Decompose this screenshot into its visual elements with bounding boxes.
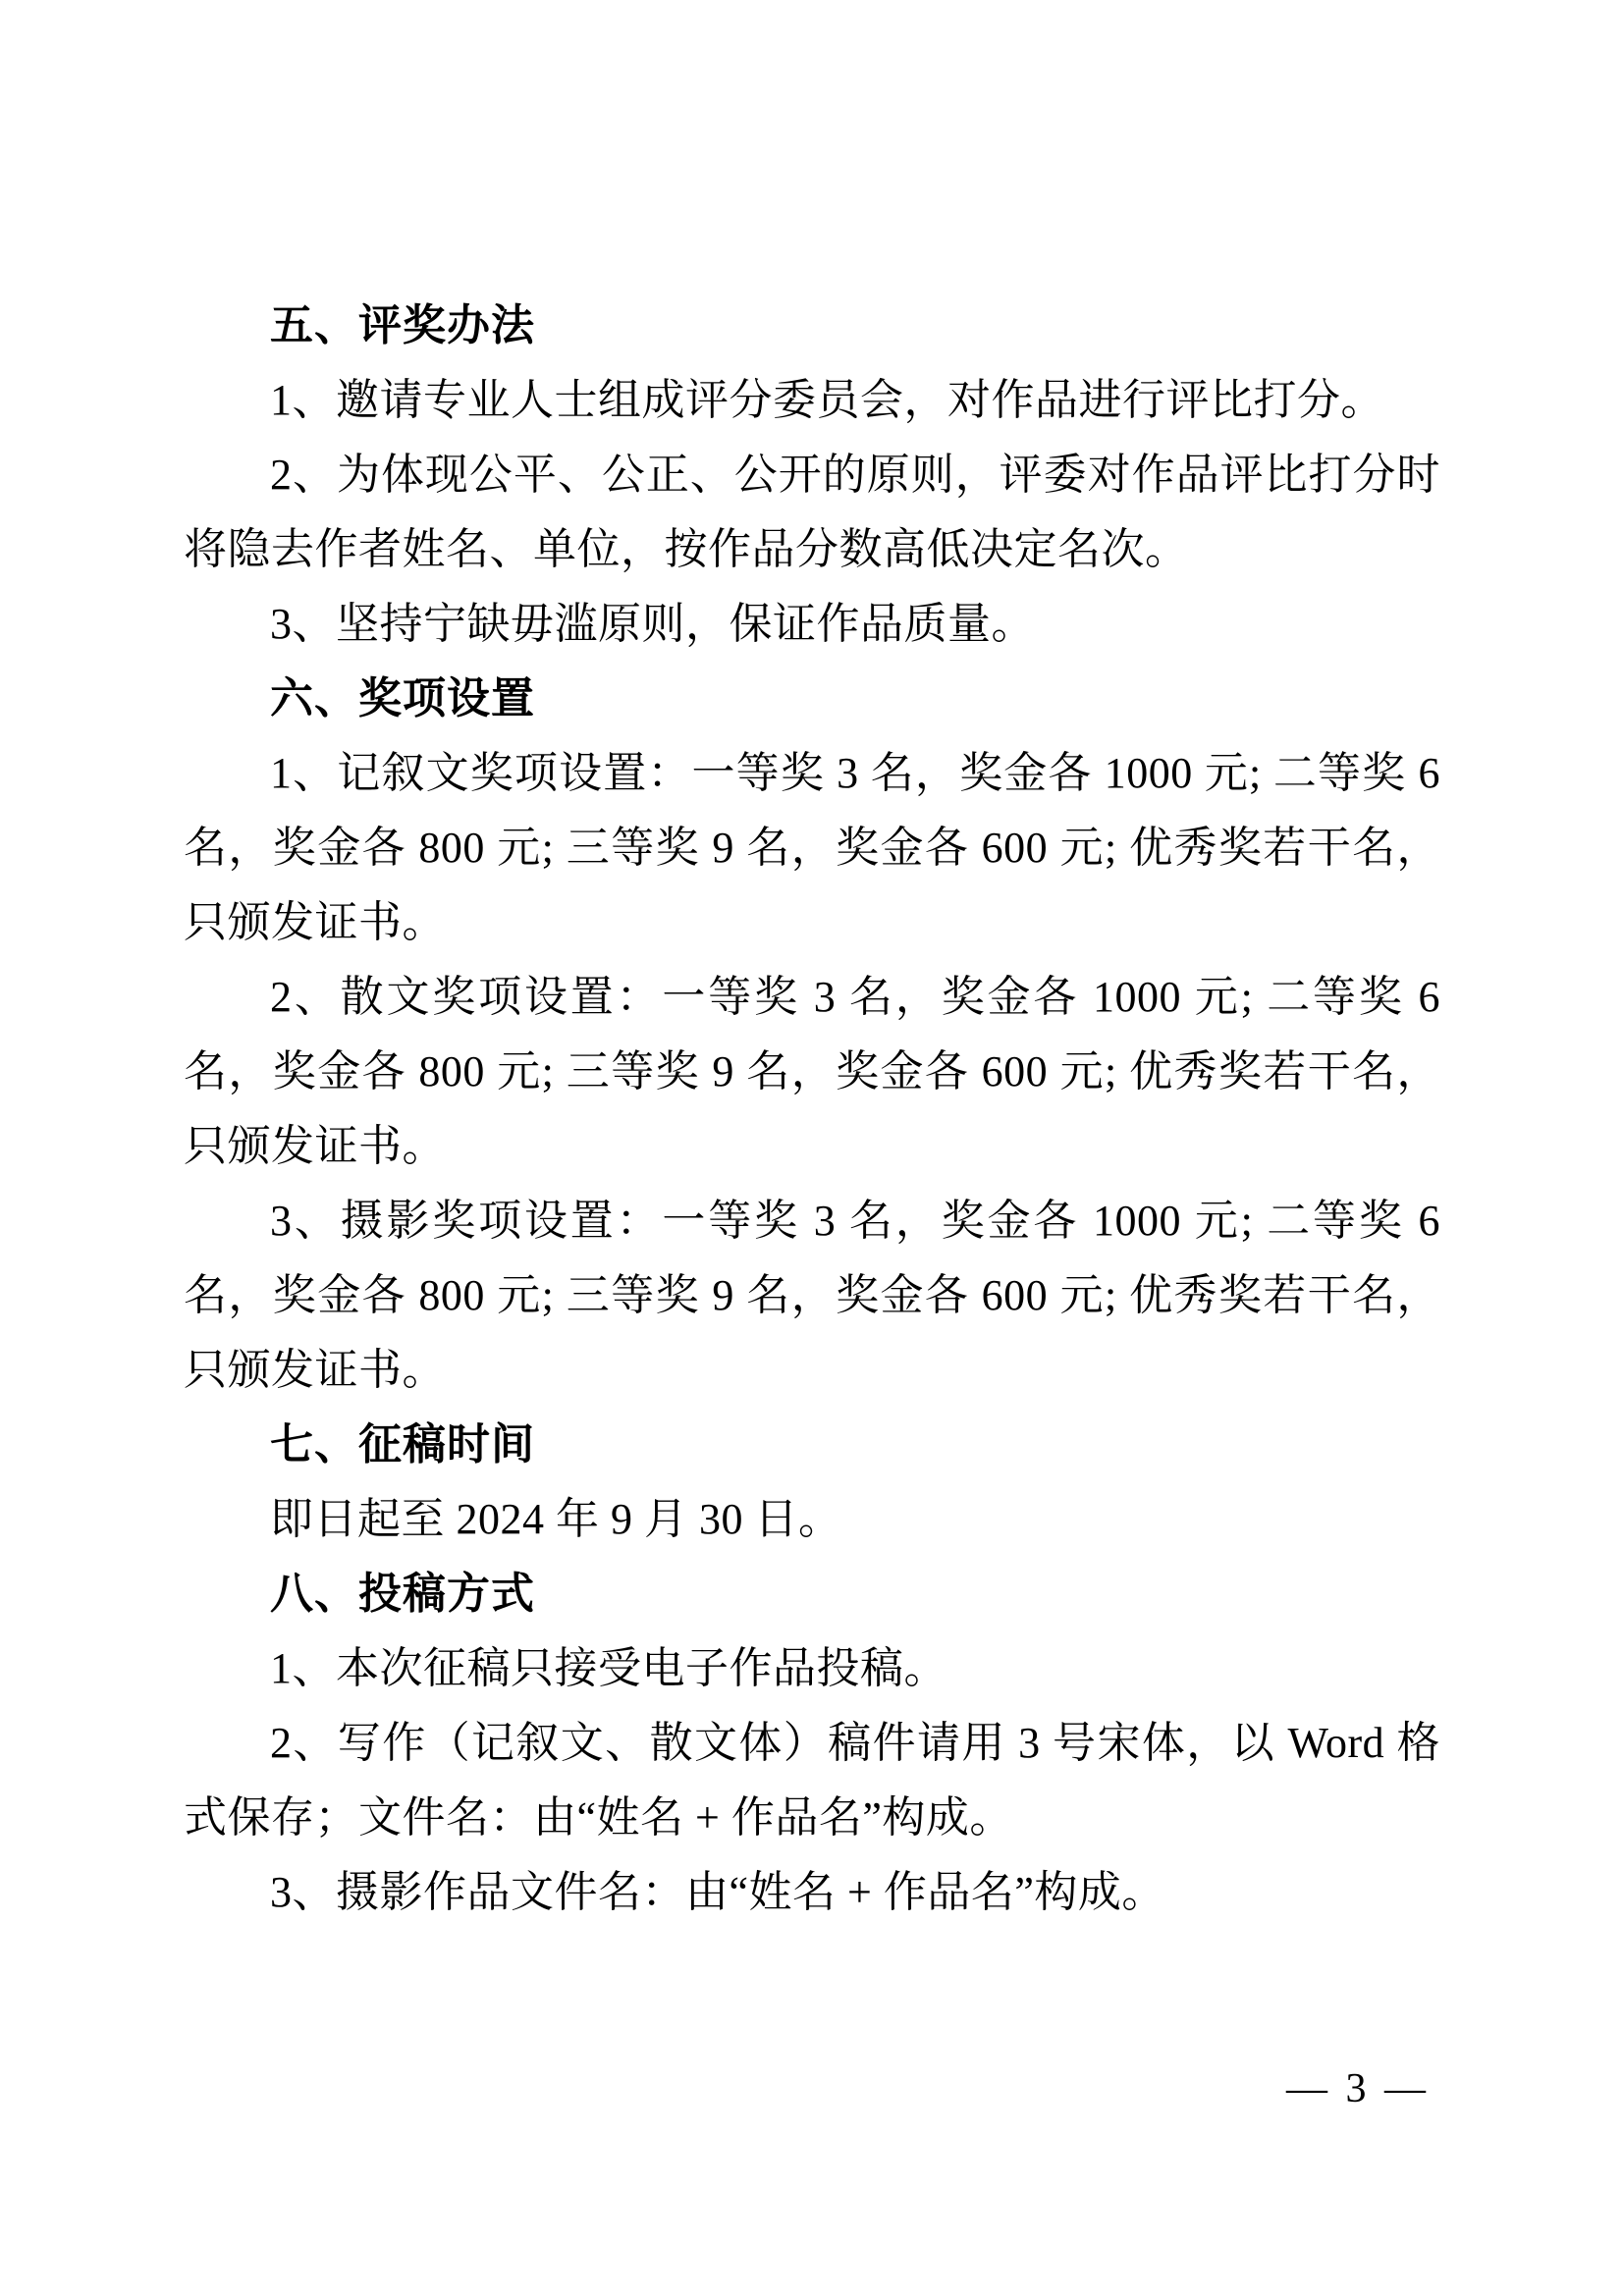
- section-heading-submission-method: 八、投稿方式: [184, 1557, 1440, 1631]
- section-heading-submission-period: 七、征稿时间: [184, 1408, 1440, 1482]
- paragraph: 3、摄影作品文件名：由“姓名 + 作品名”构成。: [184, 1855, 1440, 1930]
- paragraph: 2、散文奖项设置：一等奖 3 名，奖金各 1000 元; 二等奖 6名，奖金各 …: [184, 960, 1440, 1184]
- paragraph: 即日起至 2024 年 9 月 30 日。: [184, 1482, 1440, 1557]
- paragraph: 2、为体现公平、公正、公开的原则，评委对作品评比打分时将隐去作者姓名、单位，按作…: [184, 438, 1440, 587]
- section-heading-prize-setup: 六、奖项设置: [184, 662, 1440, 736]
- paragraph: 2、写作（记叙文、散文体）稿件请用 3 号宋体，以 Word 格式保存；文件名：…: [184, 1706, 1440, 1855]
- document-body: 五、评奖办法 1、邀请专业人士组成评分委员会，对作品进行评比打分。 2、为体现公…: [184, 289, 1440, 1930]
- page-number: — 3 —: [1286, 2064, 1430, 2113]
- document-page: 五、评奖办法 1、邀请专业人士组成评分委员会，对作品进行评比打分。 2、为体现公…: [0, 0, 1622, 2296]
- paragraph: 1、记叙文奖项设置：一等奖 3 名，奖金各 1000 元; 二等奖 6名，奖金各…: [184, 736, 1440, 960]
- section-heading-awards-evaluation: 五、评奖办法: [184, 289, 1440, 363]
- paragraph: 3、坚持宁缺毋滥原则，保证作品质量。: [184, 587, 1440, 662]
- paragraph: 3、摄影奖项设置：一等奖 3 名，奖金各 1000 元; 二等奖 6名，奖金各 …: [184, 1184, 1440, 1408]
- paragraph: 1、邀请专业人士组成评分委员会，对作品进行评比打分。: [184, 363, 1440, 438]
- paragraph: 1、本次征稿只接受电子作品投稿。: [184, 1631, 1440, 1706]
